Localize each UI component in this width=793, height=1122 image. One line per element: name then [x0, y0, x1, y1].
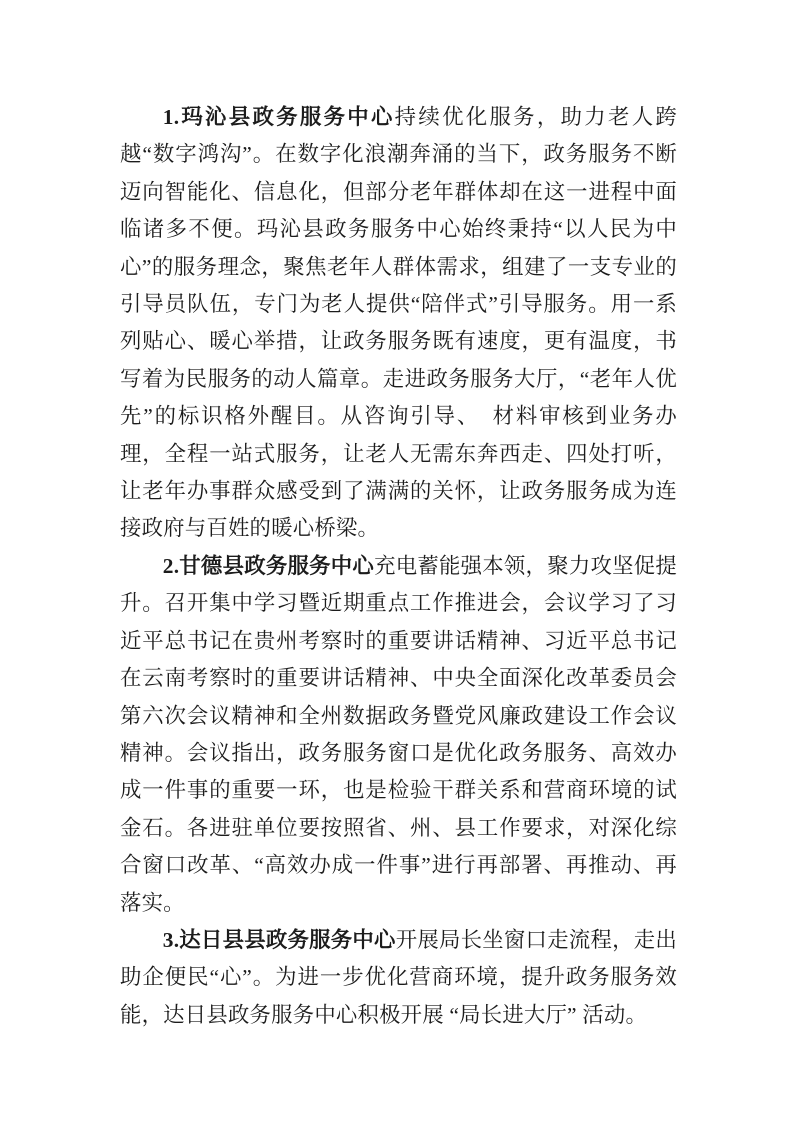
paragraph-dari: 3.达日县县政务服务中心开展局长坐窗口走流程，走出助企便民“心”。为进一步优化营… [120, 922, 677, 1034]
paragraph-gande-text: 充电蓄能强本领，聚力攻坚促提升。召开集中学习暨近期重点工作推进会，会议学习了习近… [120, 554, 677, 915]
paragraph-gande: 2.甘德县政务服务中心充电蓄能强本领，聚力攻坚促提升。召开集中学习暨近期重点工作… [120, 548, 677, 922]
paragraph-maqin-heading: 1.玛沁县政务服务中心 [163, 105, 395, 129]
paragraph-dari-heading: 3.达日县县政务服务中心 [163, 928, 396, 952]
paragraph-gande-heading: 2.甘德县政务服务中心 [163, 554, 374, 578]
paragraph-maqin: 1.玛沁县政务服务中心持续优化服务，助力老人跨越“数字鸿沟”。在数字化浪潮奔涌的… [120, 99, 677, 548]
paragraph-maqin-text: 持续优化服务，助力老人跨越“数字鸿沟”。在数字化浪潮奔涌的当下，政务服务不断迈向… [120, 105, 677, 540]
document-page: 1.玛沁县政务服务中心持续优化服务，助力老人跨越“数字鸿沟”。在数字化浪潮奔涌的… [0, 0, 793, 1122]
document-body: 1.玛沁县政务服务中心持续优化服务，助力老人跨越“数字鸿沟”。在数字化浪潮奔涌的… [120, 99, 677, 1034]
